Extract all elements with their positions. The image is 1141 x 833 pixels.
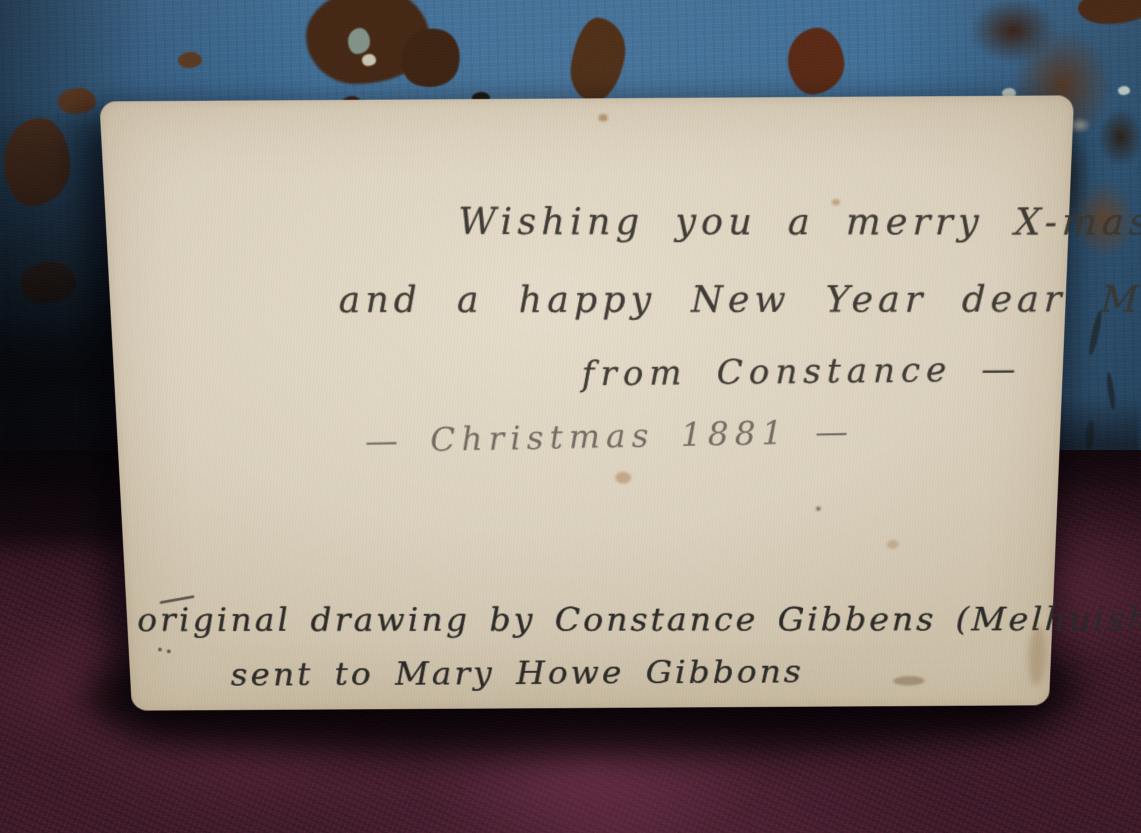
paint-chip <box>58 88 96 114</box>
cabinet-card: Wishing you a merry X-mas and a happy Ne… <box>99 95 1074 710</box>
paint-chip <box>566 15 629 105</box>
date-line: — Christmas 1881 — <box>364 412 854 460</box>
scratch-mark <box>1105 372 1116 410</box>
greeting-line-1: Wishing you a merry X-mas <box>458 201 1141 244</box>
greeting-line-2: and a happy New Year dear Mary <box>338 279 1141 321</box>
foxing-spot <box>599 114 608 121</box>
caption-line-1: original drawing by Constance Gibbens (M… <box>136 601 1141 640</box>
photo-scene: Wishing you a merry X-mas and a happy Ne… <box>0 0 1141 833</box>
foxing-spot <box>615 472 631 484</box>
stray-pen-dots <box>158 648 162 652</box>
foxing-spot <box>816 507 820 511</box>
greeting-line-3: from Constance — <box>582 349 1023 394</box>
caption-line-2: sent to Mary Howe Gibbons <box>230 653 804 694</box>
edge-stain <box>893 676 924 686</box>
paint-chip <box>785 25 848 96</box>
scratch-mark <box>1085 420 1095 450</box>
foxing-spot <box>887 540 899 549</box>
paint-chip <box>178 52 202 68</box>
